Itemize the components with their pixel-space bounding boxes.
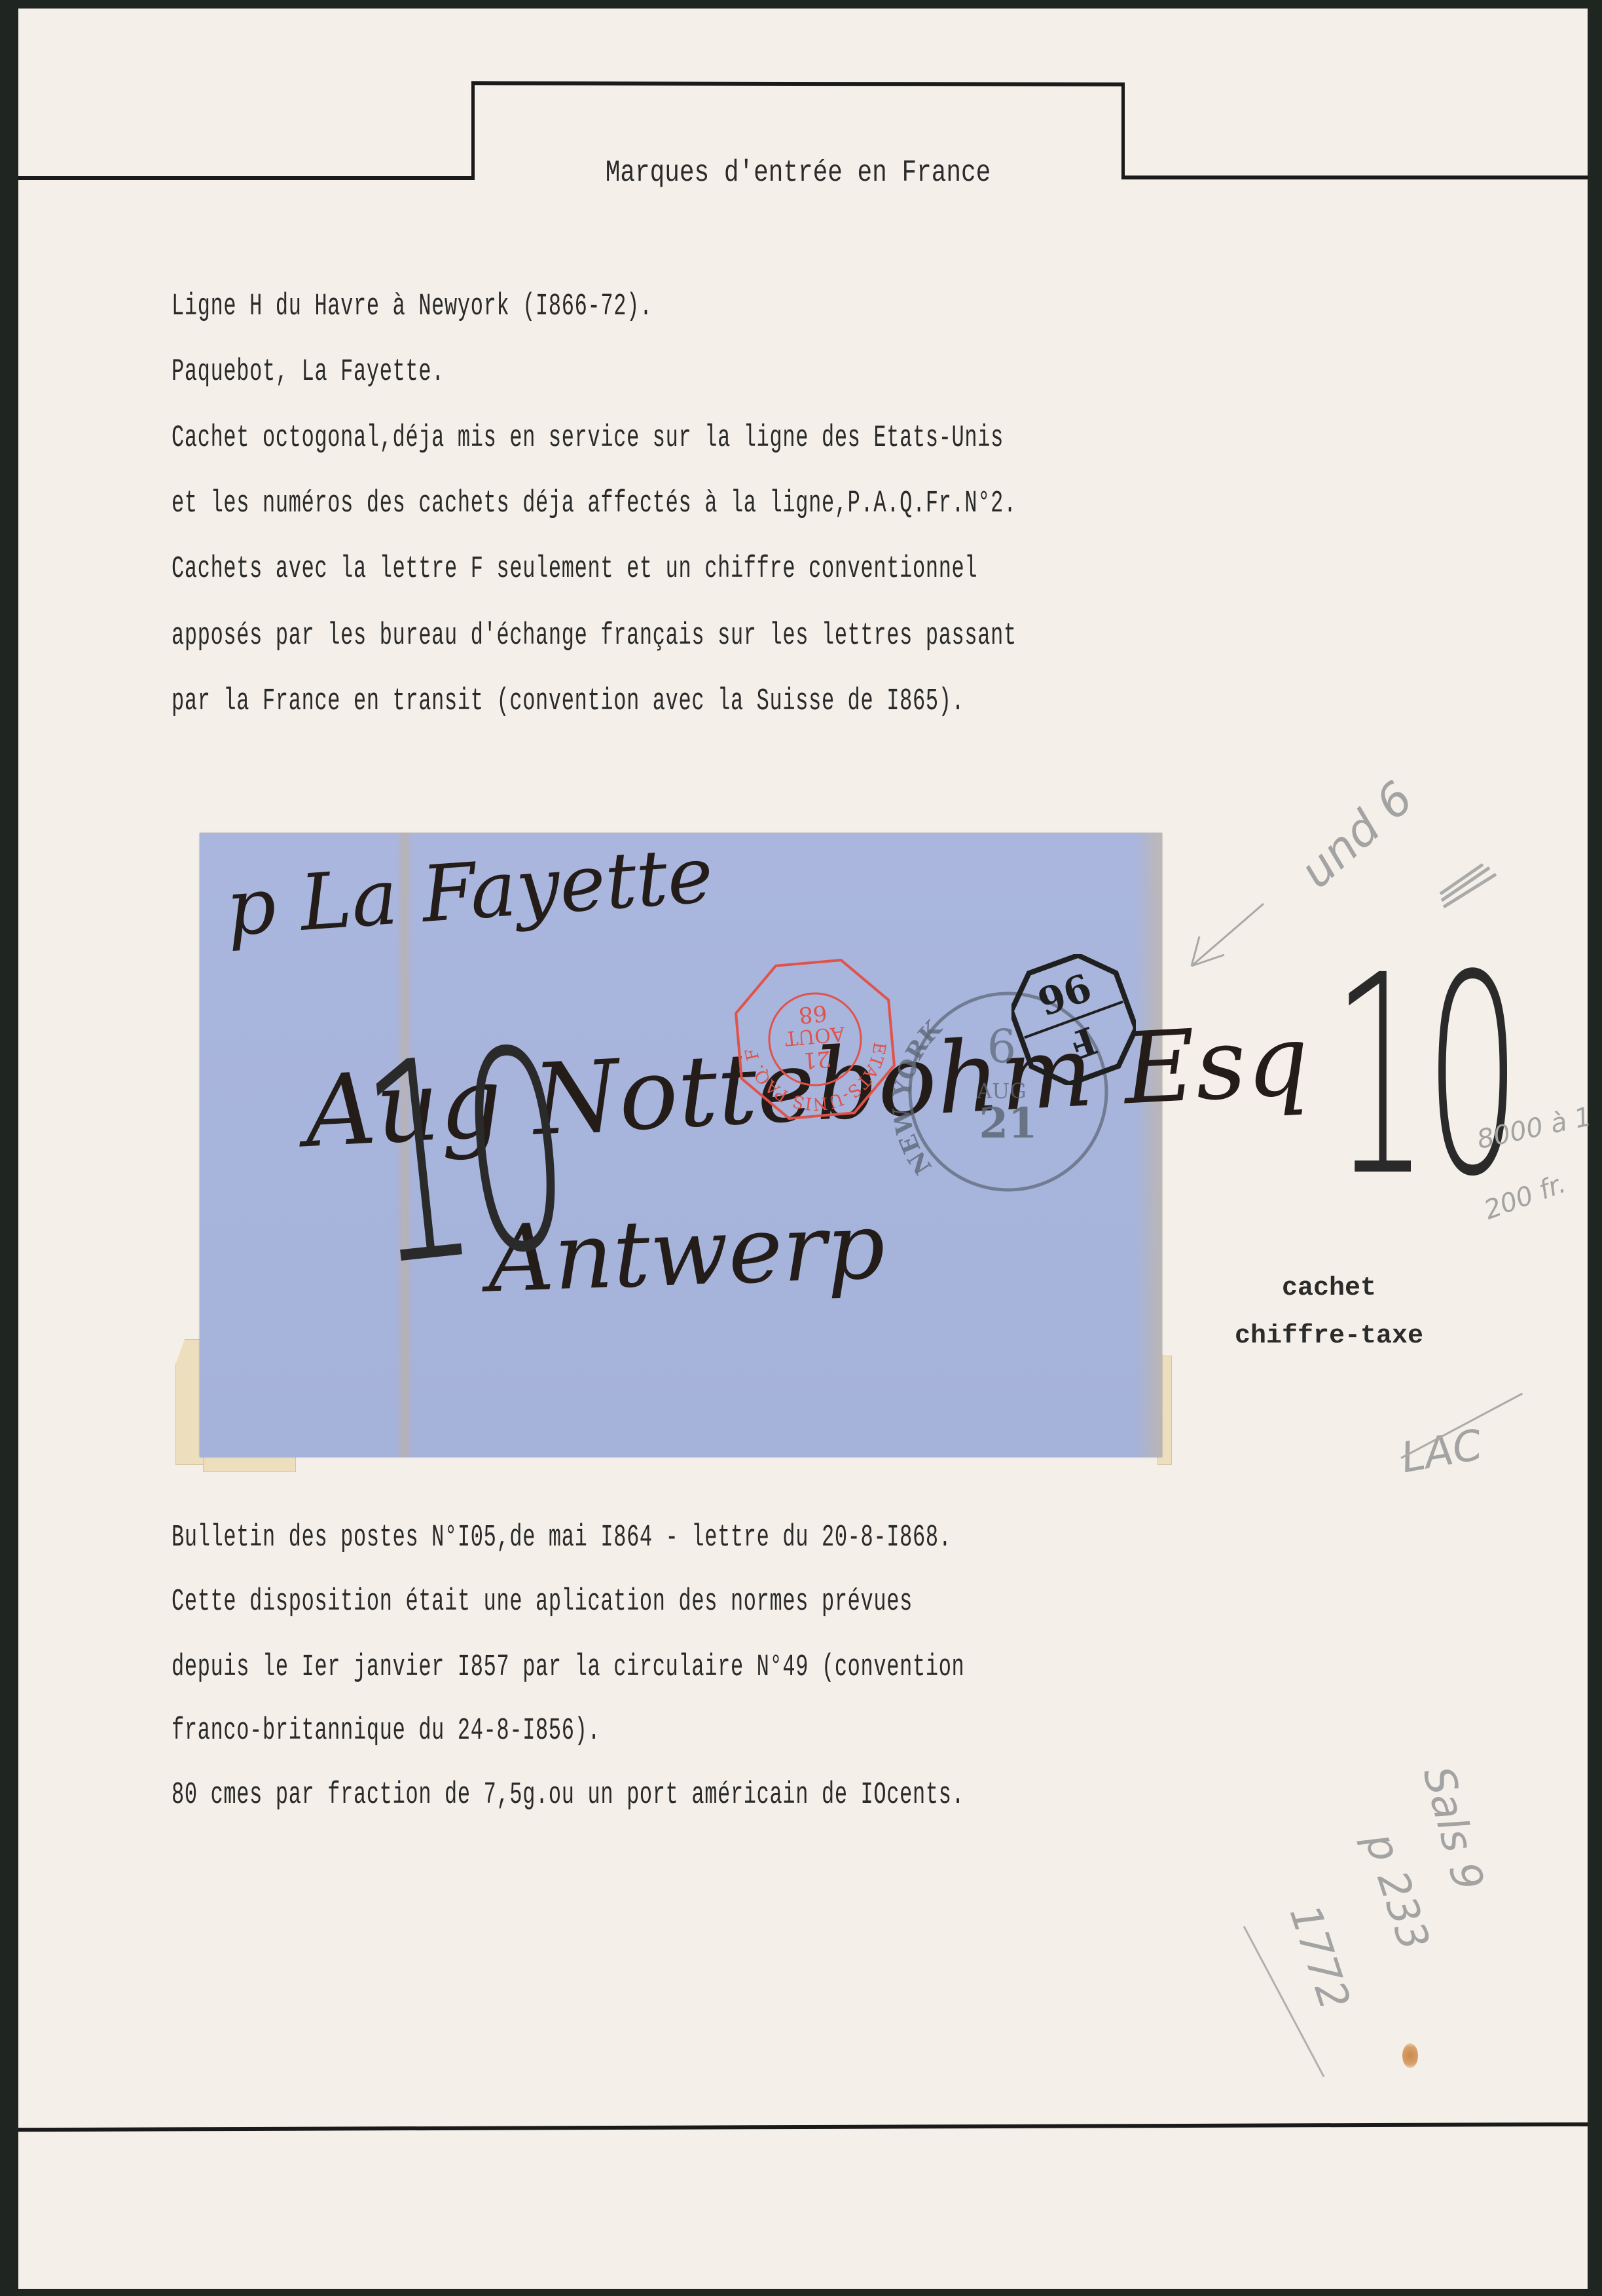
svg-text:68: 68 (797, 999, 828, 1028)
pencil-hatch-marks (1434, 858, 1506, 910)
intro-line: Cachet octogonal,déja mis en service sur… (172, 421, 1004, 456)
caption-cachet: cachet (1211, 1274, 1447, 1303)
footer-line: Cette disposition était une aplication d… (172, 1585, 913, 1620)
intro-line: Ligne H du Havre à Newyork (I866-72). (172, 289, 653, 324)
mount-hinge-bottom-left-flap (203, 1455, 296, 1472)
ship-endorsement: p La Fayette (223, 829, 716, 954)
page-title: Marques d'entrée en France (531, 156, 1065, 190)
footer-line: franco-britannique du 24-8-I856). (172, 1714, 600, 1749)
pencil-arrow-icon (1185, 897, 1270, 976)
caption-chiffre-taxe: chiffre-taxe (1211, 1322, 1447, 1351)
footer-line: Bulletin des postes N°I05,de mai I864 - … (172, 1521, 952, 1555)
footer-line: depuis le Ier janvier I857 par la circul… (172, 1650, 964, 1685)
intro-line: et les numéros des cachets déja affectés… (172, 487, 1017, 521)
svg-text:F: F (1062, 1018, 1102, 1069)
intro-line: Paquebot, La Fayette. (172, 355, 445, 390)
header-rule-left (18, 176, 474, 180)
header-tab-left-side (471, 83, 475, 180)
svg-text:21: 21 (979, 1099, 1037, 1148)
header-rule-right (1121, 176, 1588, 179)
header-tab-right-side (1121, 83, 1125, 179)
intro-line: par la France en transit (convention ave… (172, 684, 964, 719)
foxing-stain (1402, 2043, 1418, 2068)
octagon-exchange-stamp: F 96 (1011, 954, 1136, 1085)
postal-cover: p La Fayette Aug Nottebohm Esq Antwerp E… (200, 833, 1162, 1457)
cover-edge (1136, 833, 1162, 1457)
svg-text:NEW YORK: NEW YORK (888, 1014, 948, 1179)
tax-handstamp-on-cover: 10 (350, 990, 577, 1328)
svg-text:21: 21 (801, 1045, 832, 1074)
intro-line: Cachets avec la lettre F seulement et un… (172, 552, 977, 587)
red-octagonal-cachet: ETATS-UNIS PAQ. FR. H N°2 21 AOUT 68 (733, 957, 897, 1121)
intro-line: apposés par les bureau d'échange françai… (172, 619, 1017, 654)
tax-figure-specimen: 10 (1332, 917, 1518, 1237)
footer-line: 80 cmes par fraction de 7,5g.ou un port … (172, 1778, 964, 1813)
